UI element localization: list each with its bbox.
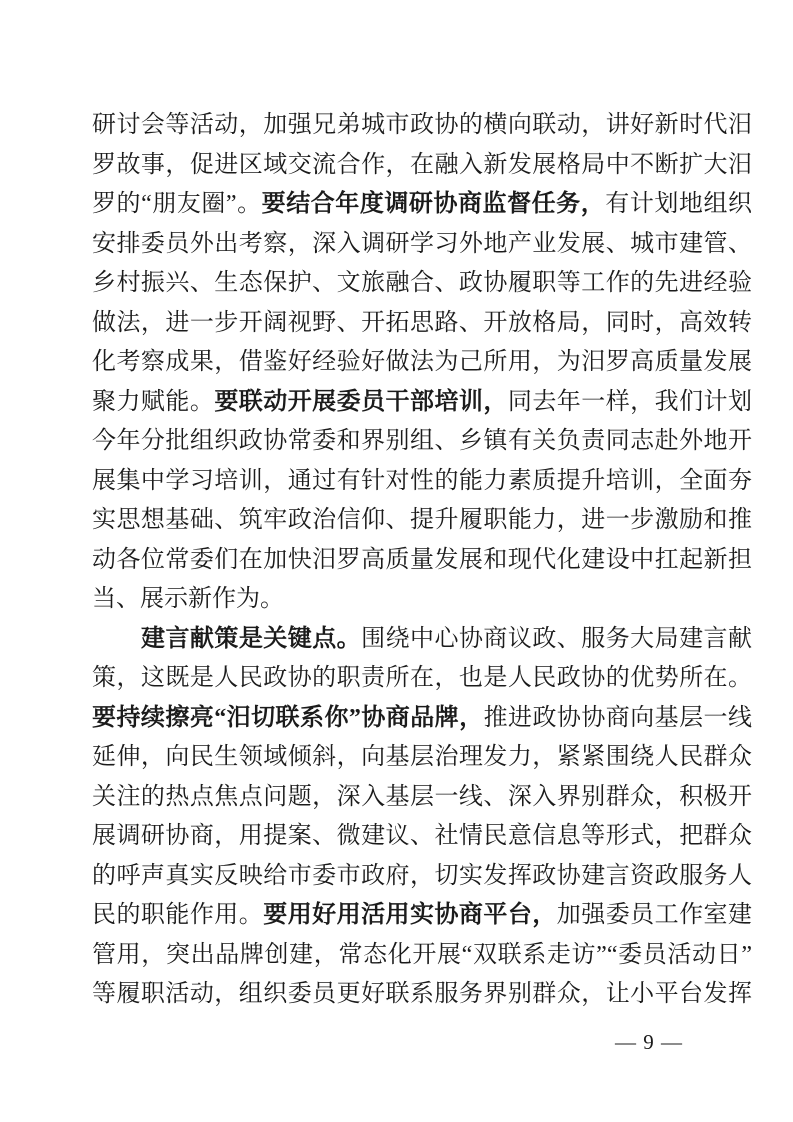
body-text: 做法，进一步开阔视野、开拓思路、开放格局，同时，高效转 [92,310,752,336]
document-page: 研讨会等活动，加强兄弟城市政协的横向联动，讲好新时代汨罗故事，促进区域交流合作，… [0,0,793,1122]
body-text: 动各位常委们在加快汨罗高质量发展和现代化建设中扛起新担 [92,547,752,573]
text-line: 管用，突出品牌创建，常态化开展“双联系走访”“委员活动日” [92,936,752,976]
text-line: 展集中学习培训，通过有针对性的能力素质提升培训，全面夯 [92,462,752,502]
text-line: 等履职活动，组织委员更好联系服务界别群众，让小平台发挥 [92,975,752,1015]
body-text: 今年分批组织政协常委和界别组、乡镇有关负责同志赴外地开 [92,428,752,454]
body-text: 同去年一样，我们计划 [508,389,752,415]
text-line: 展调研协商，用提案、微建议、社情民意信息等形式，把群众 [92,817,752,857]
emphasis-text: 要持续擦亮“汨切联系你”协商品牌， [92,705,484,731]
text-line: 化考察成果，借鉴好经验好做法为己所用，为汨罗高质量发展 [92,343,752,383]
body-text: 等履职活动，组织委员更好联系服务界别群众，让小平台发挥 [92,981,752,1007]
text-line: 罗故事，促进区域交流合作，在融入新发展格局中不断扩大汨 [92,146,752,186]
text-line: 建言献策是关键点。围绕中心协商议政、服务大局建言献 [92,620,752,660]
text-line: 做法，进一步开阔视野、开拓思路、开放格局，同时，高效转 [92,304,752,344]
body-text: 关注的热点焦点问题，深入基层一线、深入界别群众，积极开 [92,784,752,810]
body-text: 聚力赋能。 [92,389,214,415]
emphasis-text: 要结合年度调研协商监督任务， [262,191,606,217]
text-line: 关注的热点焦点问题，深入基层一线、深入界别群众，积极开 [92,778,752,818]
body-text: 推进政协协商向基层一线 [484,705,752,731]
body-text: 展集中学习培训，通过有针对性的能力素质提升培训，全面夯 [92,468,752,494]
body-text: 展调研协商，用提案、微建议、社情民意信息等形式，把群众 [92,823,752,849]
page-number: — 9 — [92,1030,683,1055]
body-text: 民的职能作用。 [92,902,263,928]
body-text: 策，这既是人民政协的职责所在，也是人民政协的优势所在。 [92,665,752,691]
body-text: 实思想基础、筑牢政治信仰、提升履职能力，进一步激励和推 [92,507,752,533]
body-text: 化考察成果，借鉴好经验好做法为己所用，为汨罗高质量发展 [92,349,752,375]
emphasis-text: 要联动开展委员干部培训， [214,389,508,415]
body-text: 管用，突出品牌创建，常态化开展“双联系走访”“委员活动日” [92,942,752,968]
text-line: 聚力赋能。要联动开展委员干部培训，同去年一样，我们计划 [92,383,752,423]
body-text: 的呼声真实反映给市委市政府，切实发挥政协建言资政服务人 [92,863,752,889]
body-text: 罗故事，促进区域交流合作，在融入新发展格局中不断扩大汨 [92,152,752,178]
text-line: 民的职能作用。要用好用活用实协商平台，加强委员工作室建 [92,896,752,936]
text-line: 今年分批组织政协常委和界别组、乡镇有关负责同志赴外地开 [92,422,752,462]
document-body: 研讨会等活动，加强兄弟城市政协的横向联动，讲好新时代汨罗故事，促进区域交流合作，… [92,106,752,1015]
text-line: 的呼声真实反映给市委市政府，切实发挥政协建言资政服务人 [92,857,752,897]
text-line: 研讨会等活动，加强兄弟城市政协的横向联动，讲好新时代汨 [92,106,752,146]
body-text: 当、展示新作为。 [92,586,284,612]
emphasis-text: 建言献策是关键点。 [141,626,361,652]
text-line: 要持续擦亮“汨切联系你”协商品牌，推进政协协商向基层一线 [92,699,752,739]
text-line: 当、展示新作为。 [92,580,752,620]
body-text: 有计划地组织 [605,191,752,217]
text-line: 动各位常委们在加快汨罗高质量发展和现代化建设中扛起新担 [92,541,752,581]
text-line: 延伸，向民生领域倾斜，向基层治理发力，紧紧围绕人民群众 [92,738,752,778]
body-text: 加强委员工作室建 [557,902,752,928]
text-line: 安排委员外出考察，深入调研学习外地产业发展、城市建管、 [92,225,752,265]
body-text: 围绕中心协商议政、服务大局建言献 [361,626,752,652]
text-line: 策，这既是人民政协的职责所在，也是人民政协的优势所在。 [92,659,752,699]
text-line: 实思想基础、筑牢政治信仰、提升履职能力，进一步激励和推 [92,501,752,541]
body-text: 乡村振兴、生态保护、文旅融合、政协履职等工作的先进经验 [92,270,752,296]
body-text: 安排委员外出考察，深入调研学习外地产业发展、城市建管、 [92,231,752,257]
text-line: 乡村振兴、生态保护、文旅融合、政协履职等工作的先进经验 [92,264,752,304]
body-text: 研讨会等活动，加强兄弟城市政协的横向联动，讲好新时代汨 [92,112,752,138]
emphasis-text: 要用好用活用实协商平台， [263,902,557,928]
body-text: 延伸，向民生领域倾斜，向基层治理发力，紧紧围绕人民群众 [92,744,752,770]
body-text: 罗的“朋友圈”。 [92,191,262,217]
text-line: 罗的“朋友圈”。要结合年度调研协商监督任务，有计划地组织 [92,185,752,225]
